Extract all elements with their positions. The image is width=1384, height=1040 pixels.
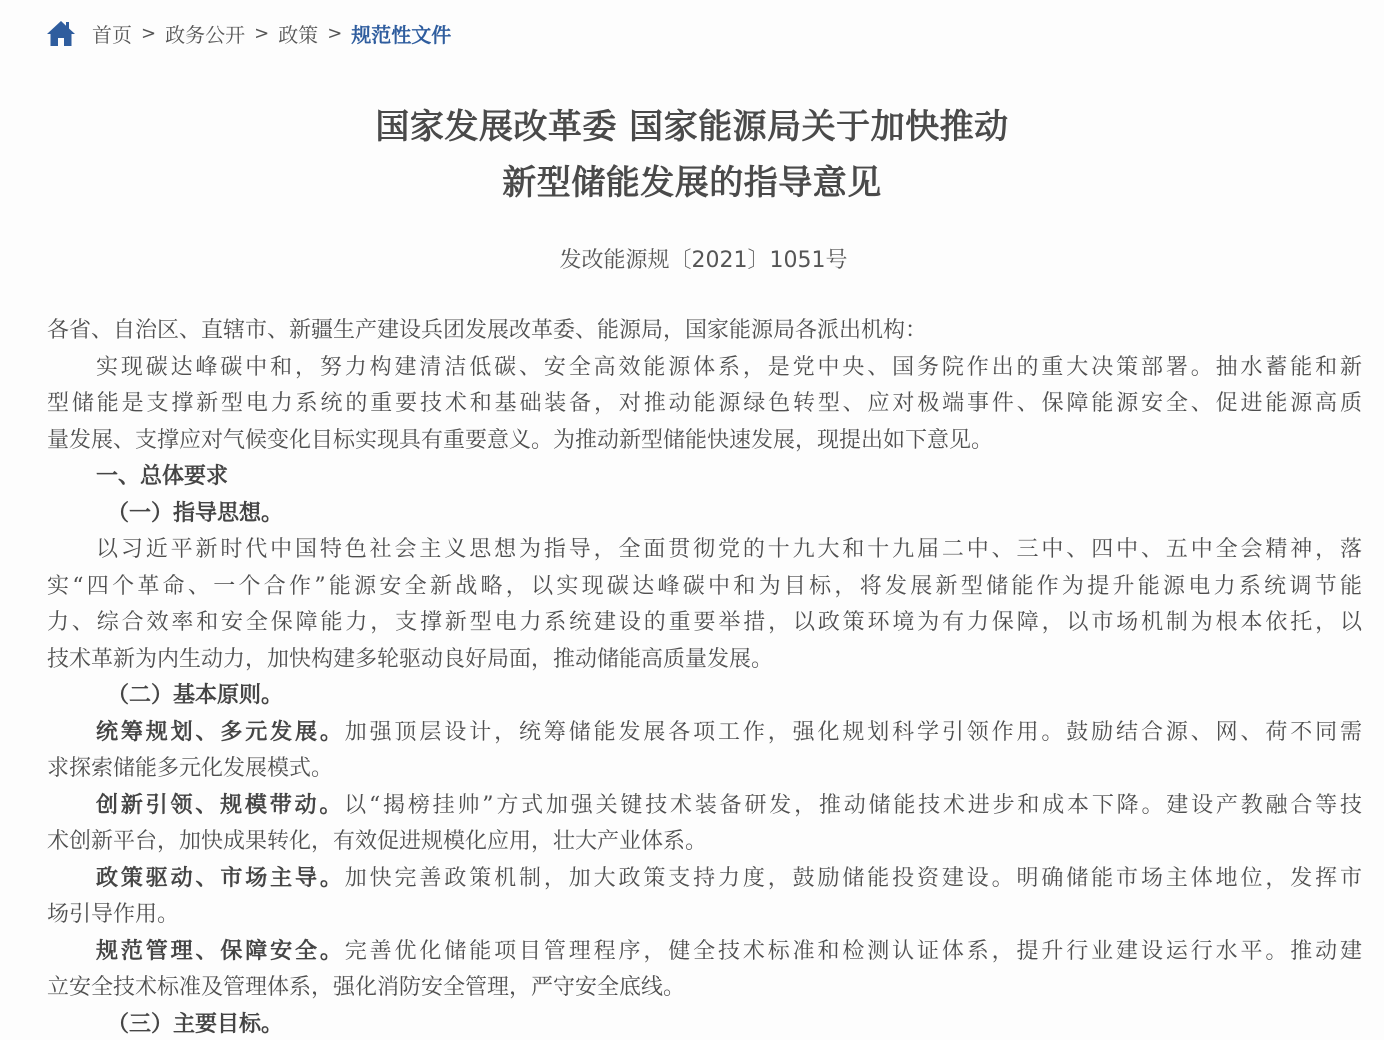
principle-text: 以“揭榜挂帅”方式加强关键技术装备研发，推动储能技术进步和成本下降。建设产教融合…: [344, 793, 1362, 818]
principle-line: 场引导作用。: [47, 897, 1362, 934]
principle-line: 求探索储能多元化发展模式。: [47, 751, 1362, 788]
principle-line: 创新引领、规模带动。以“揭榜挂帅”方式加强关键技术装备研发，推动储能技术进步和成…: [47, 788, 1362, 825]
breadcrumb-policy[interactable]: 政策: [278, 19, 318, 48]
principle-line: 立安全技术标准及管理体系，强化消防安全管理，严守安全底线。: [47, 970, 1362, 1007]
intro-line: 型储能是支撑新型电力系统的重要技术和基础装备，对推动能源绿色转型、应对极端事件、…: [47, 386, 1362, 423]
principle-line: 术创新平台，加快成果转化，有效促进规模化应用，壮大产业体系。: [47, 824, 1362, 861]
home-icon[interactable]: [46, 19, 76, 47]
document-number: 发改能源规〔2021〕1051号: [0, 243, 1384, 274]
breadcrumb-separator: >: [254, 23, 269, 44]
document-title-line2: 新型储能发展的指导意见: [0, 155, 1384, 204]
intro-line: 实现碳达峰碳中和，努力构建清洁低碳、安全高效能源体系，是党中央、国务院作出的重大…: [47, 350, 1362, 387]
section-heading: 一、总体要求: [47, 459, 1362, 496]
guiding-ideology-line: 实“四个革命、一个合作”能源安全新战略，以实现碳达峰碳中和为目标，将发展新型储能…: [47, 569, 1362, 606]
principle-title: 政策驱动、市场主导。: [96, 866, 345, 891]
principle-line: 统筹规划、多元发展。加强顶层设计，统筹储能发展各项工作，强化规划科学引领作用。鼓…: [47, 715, 1362, 752]
intro-line: 量发展、支撑应对气候变化目标实现具有重要意义。为推动新型储能快速发展，现提出如下…: [47, 423, 1362, 460]
breadcrumb-gov-affairs[interactable]: 政务公开: [165, 19, 245, 48]
guiding-ideology-line: 以习近平新时代中国特色社会主义思想为指导，全面贯彻党的十九大和十九届二中、三中、…: [47, 532, 1362, 569]
subsection-heading: （二）基本原则。: [47, 678, 1362, 715]
guiding-ideology-line: 技术革新为内生动力，加快构建多轮驱动良好局面，推动储能高质量发展。: [47, 642, 1362, 679]
breadcrumb: 首页 > 政务公开 > 政策 > 规范性文件: [46, 16, 451, 50]
principle-title: 统筹规划、多元发展。: [96, 720, 345, 745]
principle-text: 加快完善政策机制，加大政策支持力度，鼓励储能投资建设。明确储能市场主体地位，发挥…: [345, 866, 1362, 891]
principle-text: 加强顶层设计，统筹储能发展各项工作，强化规划科学引领作用。鼓励结合源、网、荷不同…: [345, 720, 1362, 745]
principle-line: 政策驱动、市场主导。加快完善政策机制，加大政策支持力度，鼓励储能投资建设。明确储…: [47, 861, 1362, 898]
principle-text: 完善优化储能项目管理程序，健全技术标准和检测认证体系，提升行业建设运行水平。推动…: [345, 939, 1362, 964]
breadcrumb-separator: >: [141, 23, 156, 44]
document-body: 各省、自治区、直辖市、新疆生产建设兵团发展改革委、能源局，国家能源局各派出机构：…: [47, 313, 1362, 1040]
principle-title: 规范管理、保障安全。: [96, 939, 345, 964]
guiding-ideology-line: 力、综合效率和安全保障能力，支撑新型电力系统建设的重要举措，以政策环境为有力保障…: [47, 605, 1362, 642]
principle-title: 创新引领、规模带动。: [96, 793, 344, 818]
principle-line: 规范管理、保障安全。完善优化储能项目管理程序，健全技术标准和检测认证体系，提升行…: [47, 934, 1362, 971]
subsection-heading: （一）指导思想。: [47, 496, 1362, 533]
breadcrumb-separator: >: [327, 23, 342, 44]
addressee: 各省、自治区、直辖市、新疆生产建设兵团发展改革委、能源局，国家能源局各派出机构：: [47, 313, 1362, 350]
document-title-line1: 国家发展改革委 国家能源局关于加快推动: [0, 99, 1384, 148]
subsection-heading: （三）主要目标。: [47, 1007, 1362, 1040]
breadcrumb-current[interactable]: 规范性文件: [351, 19, 451, 48]
breadcrumb-home[interactable]: 首页: [92, 19, 132, 48]
